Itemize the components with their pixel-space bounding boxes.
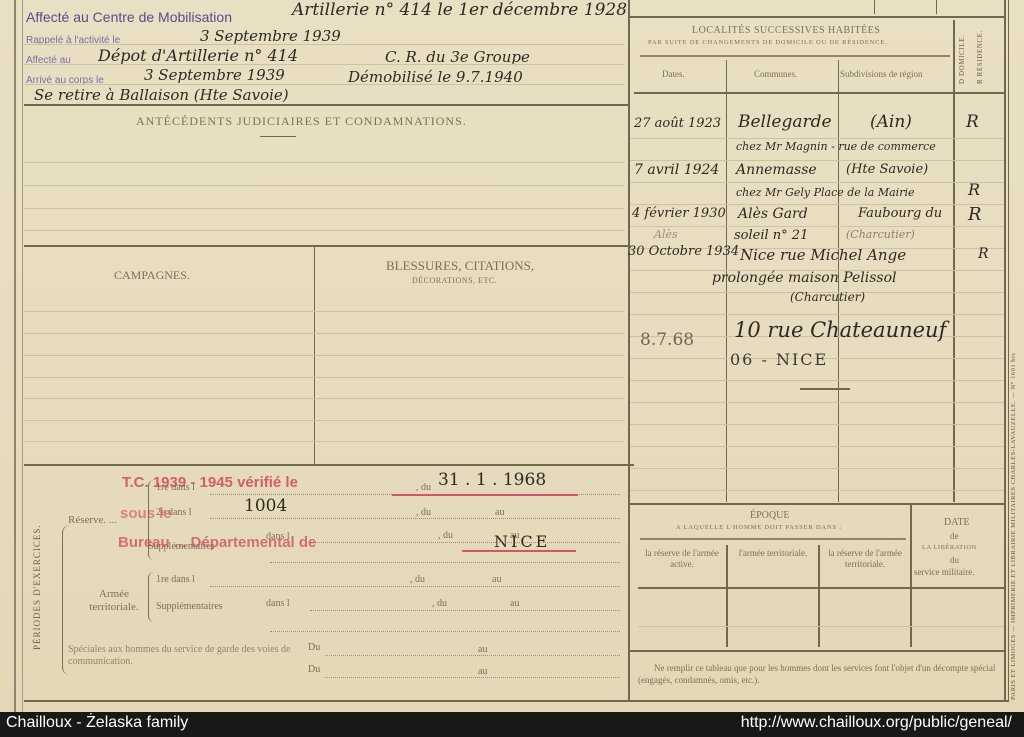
epoque-col1: la réserve de l'armée active.: [640, 548, 724, 570]
row-commune: chez Mr Magnin - rue de commerce: [736, 140, 936, 153]
rule: [630, 204, 1004, 205]
col-residence: R RÉSIDENCE.: [976, 24, 984, 84]
underline: [800, 388, 850, 390]
row-commune: chez Mr Gely Place de la Mairie: [736, 186, 914, 199]
armee-supp-du: , du: [432, 598, 447, 609]
row-code: R: [968, 204, 982, 225]
col-divider: [818, 545, 820, 647]
fill-line: [270, 562, 620, 563]
armee-1-label: 1re dans l: [156, 574, 195, 585]
rule: [630, 468, 1004, 469]
blessures-subtitle: DÉCORATIONS, ETC.: [412, 276, 497, 285]
fill-line: [310, 542, 620, 543]
affecte-value: Artillerie n° 414 le 1er décembre 1928: [292, 0, 627, 20]
header-rule: [640, 55, 950, 57]
title-underline: [260, 136, 296, 137]
retire-value: Se retire à Ballaison (Hte Savoie): [34, 86, 289, 104]
rule: [630, 490, 1004, 491]
rule: [24, 355, 624, 356]
stamp-underline: [392, 494, 578, 496]
rule: [24, 208, 624, 209]
row-commune: prolongée maison Pelissol: [712, 270, 896, 286]
armee-1-du: , du: [410, 574, 425, 585]
row-subdivision: (Charcutier): [846, 228, 915, 241]
row-date: 7 avril 1924: [634, 162, 719, 178]
row-date: 8.7.68: [640, 330, 694, 350]
affecte2-value: Dépot d'Artillerie n° 414: [98, 46, 298, 65]
panel-right-border: [1004, 0, 1006, 702]
epoque-subtitle: A LAQUELLE L'HOMME DOIT PASSER DANS :: [676, 524, 842, 531]
rule: [24, 333, 624, 334]
row-date: 30 Octobre 1934: [628, 244, 739, 259]
epoque-col3: la réserve de l'armée territoriale.: [822, 548, 908, 570]
rule: [630, 182, 1004, 183]
affecte-label: Affecté au Centre de Mobilisation: [26, 9, 232, 25]
footer-bar: Chailloux - Żelaska family http://www.ch…: [0, 712, 1024, 737]
rule: [24, 377, 624, 378]
row-commune: Nice rue Michel Ange: [740, 246, 906, 264]
date-du: du: [950, 555, 959, 565]
stamp-line-1: T.C. 1939 - 1945 vérifié le: [122, 474, 298, 491]
rappele-value: 3 Septembre 1939: [200, 27, 341, 45]
bottom-border: [24, 700, 1008, 702]
armee-1-au: au: [492, 574, 501, 585]
row-subdivision: (Hte Savoie): [846, 162, 928, 177]
row-date: 27 août 1923: [634, 116, 721, 131]
date-de: de: [950, 531, 959, 541]
date-title: DATE: [944, 517, 970, 528]
printer-imprint: PARIS ET LIMOGES — IMPRIMERIE ET LIBRAIR…: [1010, 10, 1017, 700]
epoque-bottom: [630, 650, 1006, 652]
panel-divider: [628, 0, 630, 702]
section-divider: [24, 464, 634, 466]
page-edge-inner: [22, 0, 23, 712]
speciales-du-2: Du: [308, 664, 320, 675]
epoque-col2: l'armée territoriale.: [732, 548, 814, 559]
section-divider: [24, 245, 628, 247]
tick: [936, 0, 937, 14]
row-code: R: [968, 180, 980, 199]
col-communes: Communes.: [754, 69, 797, 79]
epoque-header-bottom: [638, 587, 1004, 589]
fill-line: [210, 586, 620, 587]
rule: [630, 446, 1004, 447]
reserve-2-value: 1004: [244, 496, 287, 516]
rule: [24, 230, 624, 231]
rule: [630, 160, 1004, 161]
fill-line: [325, 677, 620, 678]
date-liberation: LA LIBÉRATION: [922, 544, 977, 551]
reserve-2-au: au: [495, 507, 504, 518]
date-service: service militaire.: [914, 567, 974, 577]
column-divider: [314, 247, 315, 465]
localites-title: LOCALITÉS SUCCESSIVES HABITÉES: [692, 25, 880, 36]
section-divider: [24, 104, 628, 106]
row-code: R: [966, 112, 979, 132]
rule: [630, 402, 1004, 403]
speciales-label: Spéciales aux hommes du service de garde…: [68, 644, 308, 668]
brace: [148, 572, 154, 622]
armee-supp-au: au: [510, 598, 519, 609]
blessures-title: BLESSURES, CITATIONS,: [386, 258, 534, 274]
epoque-top: [630, 503, 1006, 505]
epoque-title: ÉPOQUE: [750, 510, 789, 521]
armee-supp-label: Supplémentaires: [156, 601, 223, 612]
footer-url[interactable]: http://www.chailloux.org/public/geneal/: [741, 714, 1012, 732]
campagnes-title: CAMPAGNES.: [114, 268, 190, 283]
reserve-supp-du: , du: [438, 530, 453, 541]
rule: [24, 420, 624, 421]
rule: [630, 314, 1004, 315]
tick: [874, 0, 875, 14]
reserve-1-du: , du: [416, 482, 431, 493]
col-domicile: D DOMICILE.: [958, 24, 966, 84]
row-subdivision: Faubourg du: [858, 206, 942, 221]
fill-line: [325, 655, 620, 656]
armee-label: Armée territoriale.: [84, 588, 144, 614]
row-commune: soleil n° 21: [734, 228, 808, 243]
col-subdivisions: Subdivisions de région: [840, 69, 923, 79]
speciales-au-1: au: [478, 644, 487, 655]
row-subdivision: (Ain): [870, 112, 912, 132]
rule: [630, 380, 1004, 381]
rule: [24, 84, 624, 85]
row-commune: 06 - NICE: [730, 350, 828, 369]
epoque-note: Ne remplir ce tableau que pour les homme…: [638, 662, 998, 686]
reserve-1-du-value: 31 . 1 . 1968: [438, 470, 546, 490]
page-edge: [14, 0, 16, 712]
row-date: Alès: [654, 228, 678, 241]
row-commune: Bellegarde: [738, 112, 832, 132]
col-dates: Dates.: [662, 69, 685, 79]
localites-top: [630, 16, 1004, 18]
panel-right-border-inner: [1008, 0, 1009, 702]
row-commune: Alès Gard: [738, 206, 808, 222]
speciales-au-2: au: [478, 666, 487, 677]
header-rule: [640, 538, 906, 540]
antecedents-title: ANTÉCÉDENTS JUDICIAIRES ET CONDAMNATIONS…: [136, 114, 467, 129]
header-bottom: [634, 92, 1004, 94]
fill-line: [210, 518, 620, 519]
reserve-label: Réserve. ...: [68, 514, 117, 526]
rule: [24, 441, 624, 442]
localites-subtitle: PAR SUITE DE CHANGEMENTS DE DOMICILE OU …: [648, 39, 888, 46]
arrive-value: 3 Septembre 1939: [144, 66, 285, 84]
row-date: 4 février 1930: [632, 206, 726, 221]
col-divider: [726, 545, 728, 647]
rule: [630, 226, 1004, 227]
fill-line: [270, 631, 620, 632]
speciales-du-1: Du: [308, 642, 320, 653]
stamp-underline: [462, 550, 576, 552]
footer-family-label: Chailloux - Żelaska family: [6, 714, 188, 732]
armee-supp-dans: dans l: [266, 598, 290, 609]
rule: [24, 64, 624, 65]
rule: [24, 44, 624, 45]
row-commune: (Charcutier): [790, 290, 865, 304]
row-code: R: [978, 246, 989, 262]
stamp-line-2: sous le: [120, 505, 172, 522]
row-commune: 10 rue Chateauneuf: [734, 318, 946, 342]
rule: [24, 162, 624, 163]
rule: [630, 138, 1004, 139]
rule: [638, 626, 1004, 627]
reserve-2-du: , du: [416, 507, 431, 518]
rule: [24, 311, 624, 312]
fill-line: [310, 610, 620, 611]
stamp-line-3: Bureau ... Départemental de: [118, 534, 316, 551]
periodes-side-label: PÉRIODES D'EXERCICES.: [32, 540, 42, 650]
rule: [630, 424, 1004, 425]
rule: [24, 185, 624, 186]
row-commune: Annemasse: [736, 162, 817, 178]
rule: [24, 398, 624, 399]
record-page: Affecté au Centre de Mobilisation Artill…: [0, 0, 1024, 712]
